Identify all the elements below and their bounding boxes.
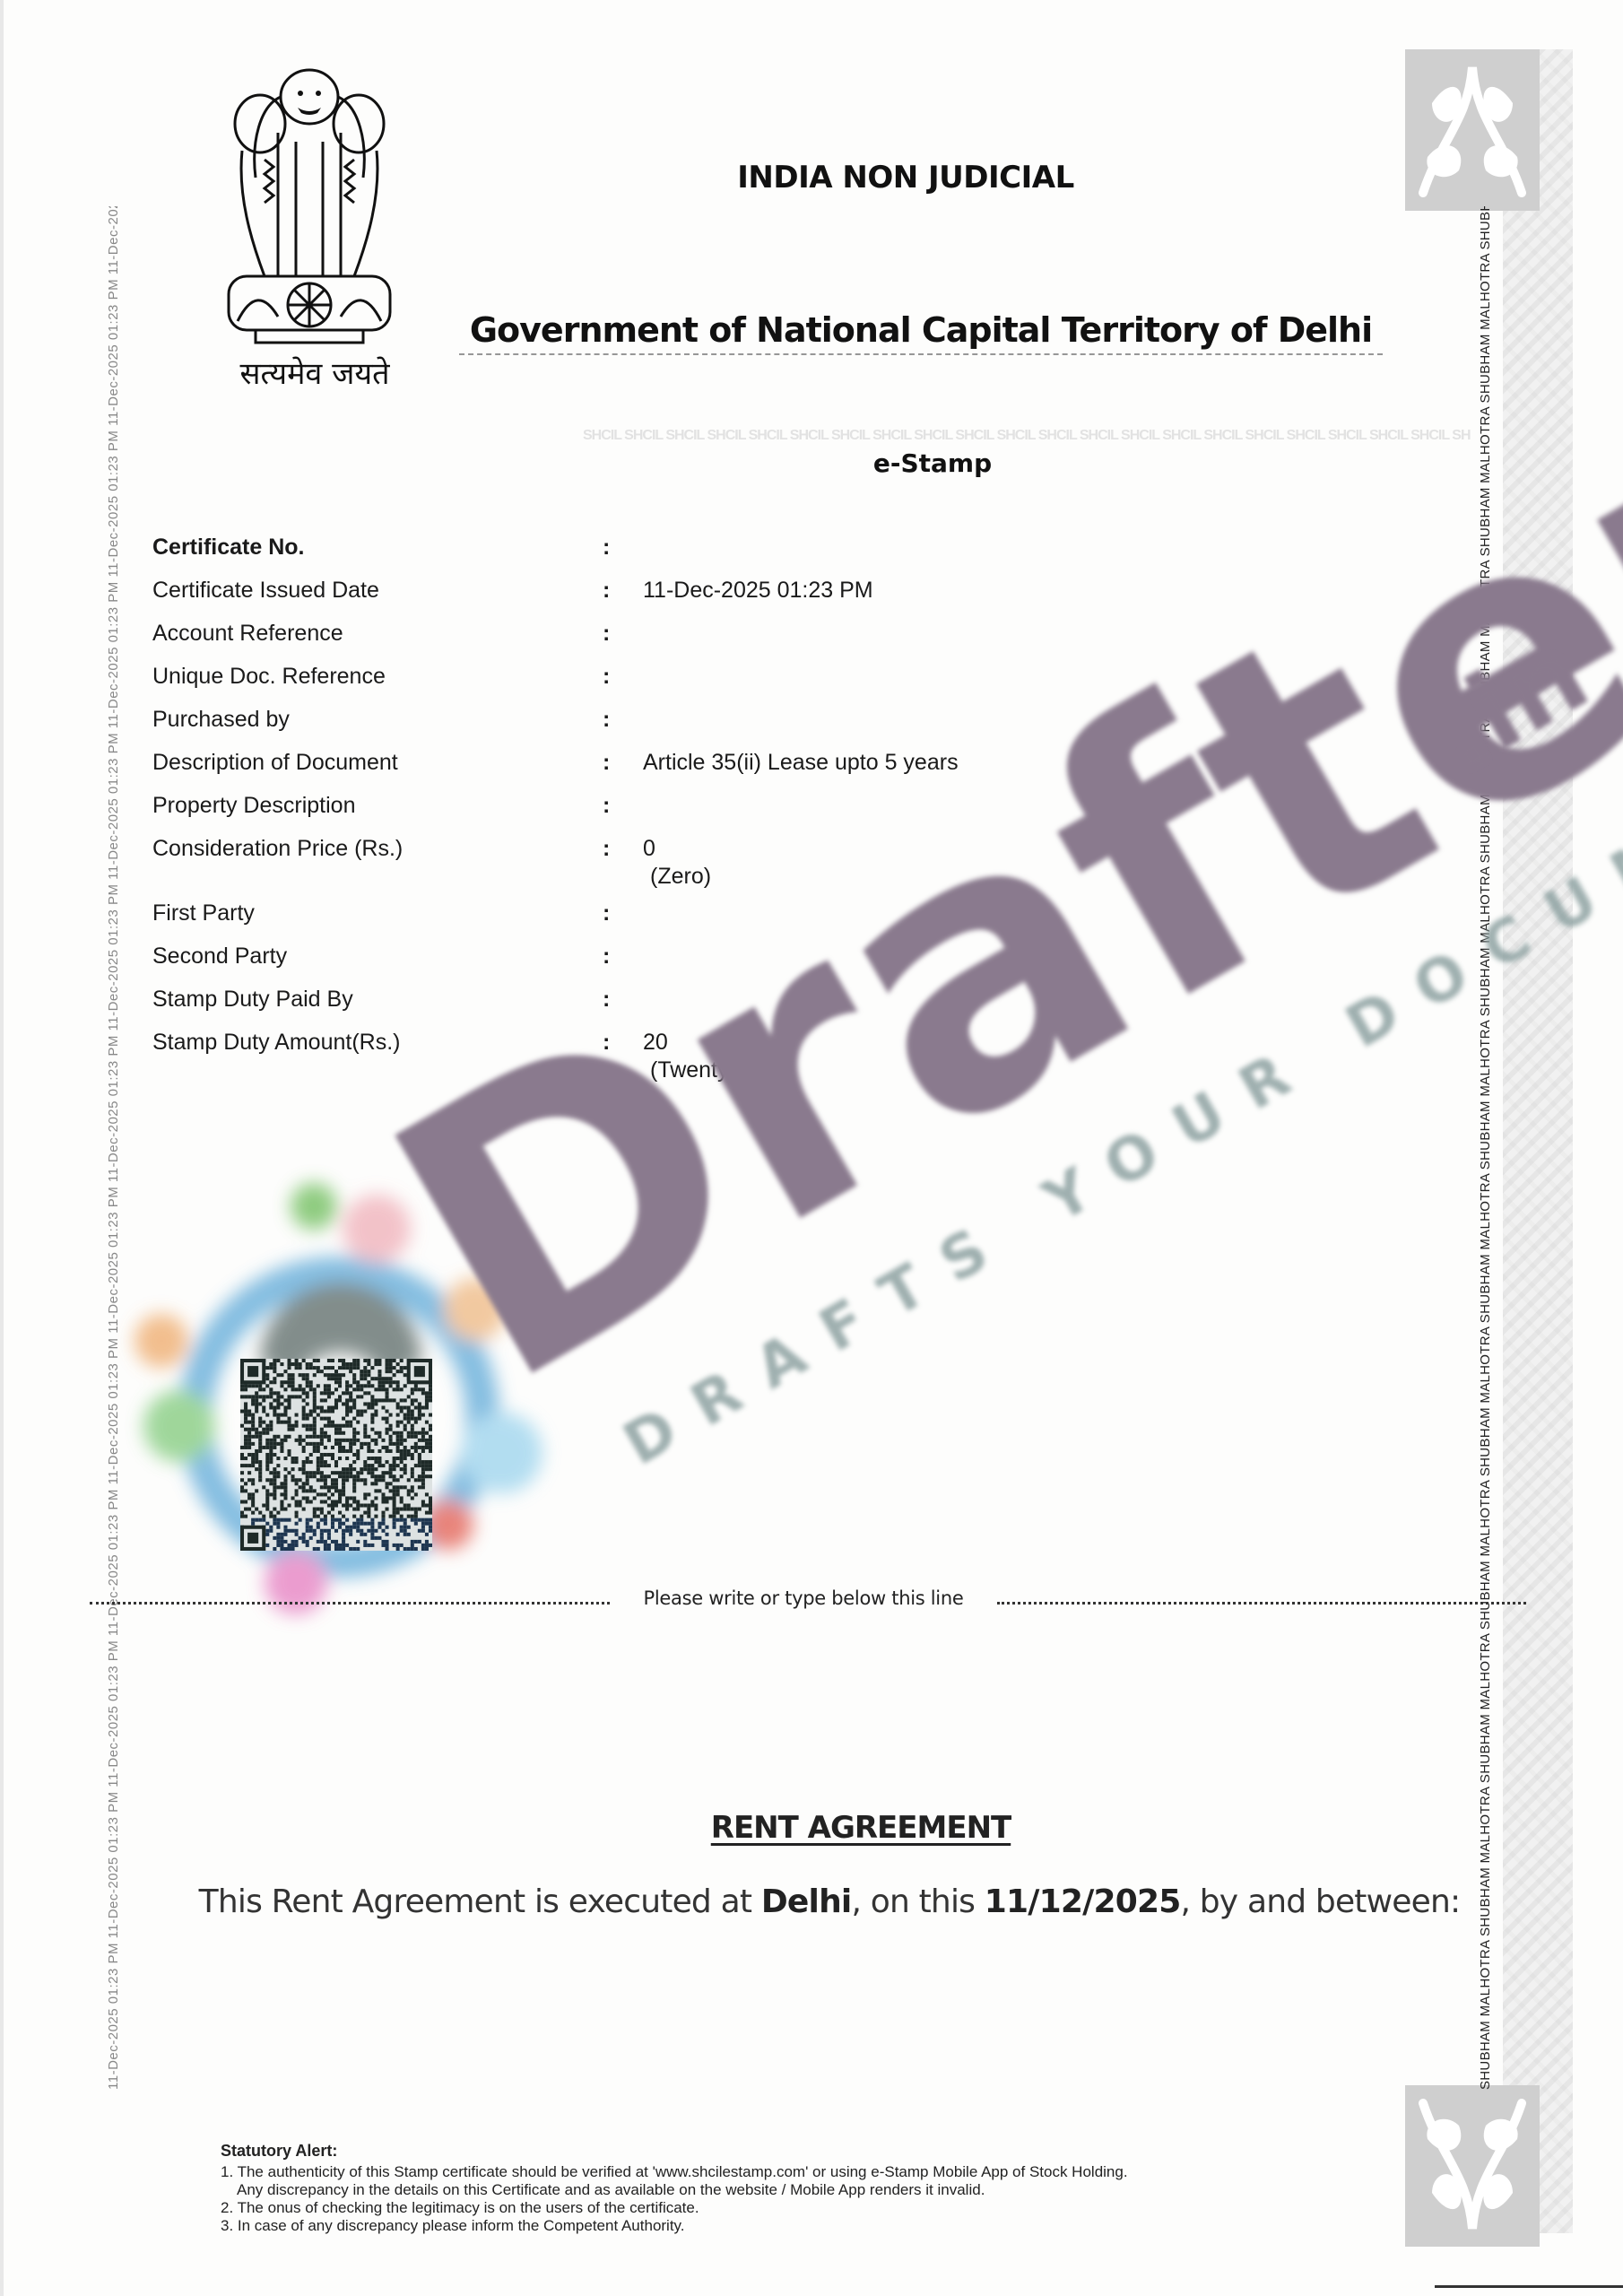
agreement-title: RENT AGREEMENT — [628, 1810, 1094, 1846]
field-colon: : — [603, 1029, 610, 1056]
field-label: Purchased by — [152, 706, 290, 733]
field-row: Unique Doc. Reference: — [152, 663, 1049, 706]
field-row: First Party: — [152, 900, 1049, 943]
alert-item: 2. The onus of checking the legitimacy i… — [221, 2199, 1386, 2217]
field-label: First Party — [152, 900, 255, 926]
field-row: Stamp Duty Paid By: — [152, 986, 1049, 1029]
field-label: Property Description — [152, 792, 355, 819]
field-value-words: (Twenty only) — [650, 1057, 784, 1083]
field-colon: : — [603, 986, 610, 1013]
field-label: Consideration Price (Rs.) — [152, 835, 403, 862]
field-row: Description of Document:Article 35(ii) L… — [152, 749, 1049, 792]
field-row: Certificate Issued Date:11-Dec-2025 01:2… — [152, 577, 1049, 620]
statutory-alert: Statutory Alert: 1. The authenticity of … — [221, 2142, 1386, 2235]
border-corner-ornament-top — [1405, 49, 1540, 211]
field-row: Stamp Duty Amount(Rs.):20(Twenty only) — [152, 1029, 1049, 1093]
border-corner-ornament-bottom — [1405, 2085, 1540, 2247]
microtext-rule — [459, 353, 1383, 355]
separator-line-left — [90, 1602, 610, 1605]
field-row: Purchased by: — [152, 706, 1049, 749]
decorative-border — [1503, 49, 1573, 2233]
field-colon: : — [603, 620, 610, 647]
page-left-edge — [0, 0, 4, 2296]
field-value: 11-Dec-2025 01:23 PM — [643, 577, 873, 604]
field-colon: : — [603, 706, 610, 733]
field-label: Stamp Duty Amount(Rs.) — [152, 1029, 400, 1056]
field-row: Consideration Price (Rs.):0(Zero) — [152, 835, 1049, 900]
field-row: Certificate No.: — [152, 534, 1049, 577]
field-colon: : — [603, 900, 610, 926]
estamp-label: e-Stamp — [807, 448, 1058, 478]
alert-item: 3. In case of any discrepancy please inf… — [221, 2217, 1386, 2235]
certificate-details: Certificate No.:Certificate Issued Date:… — [152, 534, 1049, 1093]
field-value: Article 35(ii) Lease upto 5 years — [643, 749, 959, 776]
field-label: Stamp Duty Paid By — [152, 986, 353, 1013]
margin-name-text: SHUBHAM MALHOTRA SHUBHAM MALHOTRA SHUBHA… — [1478, 206, 1499, 2090]
field-row: Property Description: — [152, 792, 1049, 835]
field-colon: : — [603, 663, 610, 690]
field-label: Unique Doc. Reference — [152, 663, 386, 690]
alert-item: 1. The authenticity of this Stamp certif… — [221, 2163, 1386, 2181]
intro-text: This Rent Agreement is executed at — [199, 1883, 761, 1920]
separator-instruction: Please write or type below this line — [619, 1587, 988, 1609]
field-label: Account Reference — [152, 620, 343, 647]
page-bottom-edge — [1435, 2285, 1623, 2288]
execution-date: 11/12/2025 — [985, 1883, 1181, 1920]
field-label: Certificate No. — [152, 534, 304, 561]
issuing-government: Government of National Capital Territory… — [459, 310, 1383, 350]
field-colon: : — [603, 749, 610, 776]
qr-code — [240, 1359, 432, 1551]
execution-place: Delhi — [761, 1883, 852, 1920]
field-label: Description of Document — [152, 749, 398, 776]
field-colon: : — [603, 577, 610, 604]
field-value-words: (Zero) — [650, 863, 711, 890]
emblem-motto: सत्यमेव जयते — [230, 352, 400, 393]
national-emblem-icon — [215, 61, 404, 348]
field-colon: : — [603, 835, 610, 862]
field-colon: : — [603, 792, 610, 819]
field-colon: : — [603, 943, 610, 970]
intro-text: , on this — [851, 1883, 984, 1920]
document-title: INDIA NON JUDICIAL — [628, 160, 1184, 196]
field-colon: : — [603, 534, 610, 561]
field-value: 0 — [643, 835, 655, 862]
alert-item-continuation: Any discrepancy in the details on this C… — [221, 2181, 1386, 2199]
field-label: Second Party — [152, 943, 287, 970]
field-row: Account Reference: — [152, 620, 1049, 663]
field-label: Certificate Issued Date — [152, 577, 379, 604]
agreement-intro: This Rent Agreement is executed at Delhi… — [188, 1883, 1471, 1920]
statutory-alert-title: Statutory Alert: — [221, 2142, 1386, 2160]
intro-text: , by and between: — [1180, 1883, 1460, 1920]
margin-timestamp-text: 11-Dec-2025 01:23 PM 11-Dec-2025 01:23 P… — [106, 206, 127, 2090]
security-microtext-band: SHCIL SHCIL SHCIL SHCIL SHCIL SHCIL SHCI… — [583, 428, 1471, 446]
separator-line-right — [997, 1602, 1526, 1605]
field-row: Second Party: — [152, 943, 1049, 986]
field-value: 20 — [643, 1029, 668, 1056]
